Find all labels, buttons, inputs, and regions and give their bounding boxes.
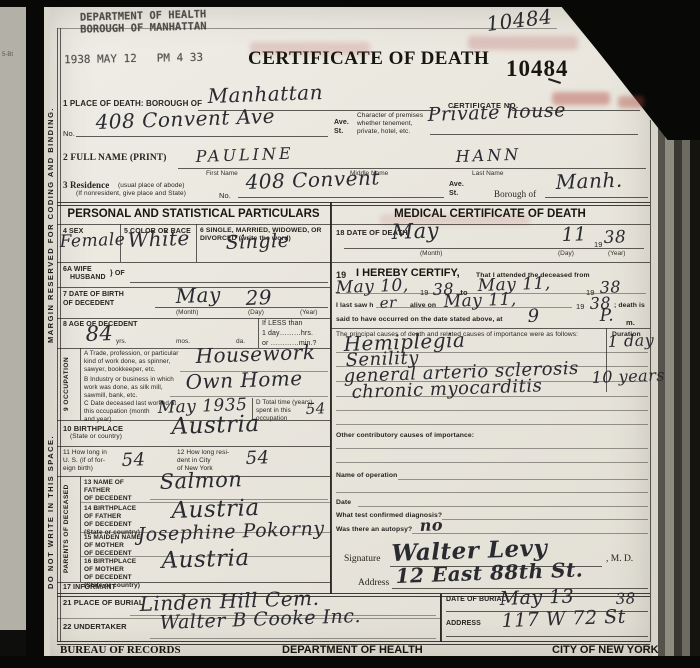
- age-yrs-caption: yrs.: [116, 338, 126, 345]
- medical-heading: MEDICAL CERTIFICATE OF DEATH: [330, 208, 650, 220]
- dob-label: 7 DATE OF BIRTH OF DECEDENT: [63, 291, 124, 309]
- residence-no-label: No.: [219, 191, 231, 200]
- cause-3-duration: 10 years: [591, 365, 665, 387]
- occ-d-value: 54: [305, 399, 326, 418]
- last-name-caption: Last Name: [472, 170, 503, 177]
- section-divider-top: [57, 202, 650, 206]
- form-border-left: [57, 28, 58, 642]
- bleed-through-mark: [618, 96, 644, 108]
- row-line-11: [57, 582, 330, 583]
- nyc-years-value: 54: [245, 447, 270, 469]
- sex-value: Female: [59, 230, 125, 252]
- marital-value: Single: [225, 230, 290, 254]
- age-value: 84: [85, 321, 114, 346]
- last-saw-her: er: [379, 293, 397, 312]
- residence-note2: (If nonresident, give place and State): [76, 190, 186, 198]
- row-line-3: [57, 318, 330, 319]
- film-edge-mark: 5-Bt: [2, 52, 13, 58]
- occupation-side-divider: [80, 348, 81, 420]
- parents-side-divider: [80, 476, 81, 582]
- cert-number-printed: 10484: [506, 56, 569, 82]
- birthplace-note: (State or country): [70, 433, 122, 441]
- birthplace-label: 10 BIRTHPLACE: [63, 424, 123, 433]
- film-black-band-left: [26, 0, 44, 668]
- age-mos-caption: mos.: [176, 338, 190, 345]
- death-m-label: m.: [626, 318, 635, 327]
- certify-row-line: [330, 328, 650, 329]
- op-date-label: Date: [336, 499, 351, 507]
- dob-day-caption: (Day): [248, 309, 264, 316]
- operation-label: Name of operation: [336, 472, 397, 480]
- dod-day-value: 11: [561, 223, 587, 246]
- occurred-label: said to have occurred on the date stated…: [336, 316, 503, 324]
- cell-divider-race-marital: [196, 224, 197, 262]
- age-less-line2: 1 day………hrs.: [262, 330, 313, 339]
- residence-borough-value: Manh.: [555, 168, 623, 194]
- row-line-6: [57, 446, 330, 447]
- parents-side-label: PARENTS OF DECEASED: [63, 480, 75, 578]
- occ-a-value: Housework: [195, 340, 316, 368]
- occ-b-value: Own Home: [185, 366, 303, 394]
- residence-value: 408 Convent: [245, 165, 380, 194]
- residence-borough-line: [545, 197, 648, 198]
- department-stamp: DEPARTMENT OF HEALTH BOROUGH OF MANHATTA…: [80, 8, 207, 35]
- first-name-caption: First Name: [206, 170, 238, 177]
- premises-label: Character of premises whether tenement, …: [357, 112, 423, 136]
- dod-row-line: [330, 262, 650, 263]
- informant-label: 17 INFORMANT: [63, 584, 116, 593]
- residence-note1: (usual place of abode): [118, 182, 185, 190]
- undertaker-address-value: 117 W 72 St: [501, 606, 626, 632]
- father-name-value: Salmon: [159, 467, 243, 494]
- operation-line-2: [336, 492, 648, 493]
- footer-city: CITY OF NEW YORK: [552, 644, 659, 656]
- last-name-value: HANN: [455, 145, 521, 166]
- footer-department: DEPARTMENT OF HEALTH: [282, 644, 423, 656]
- signature-label: Signature: [344, 554, 380, 564]
- film-bottom-bar: [0, 656, 700, 668]
- burial-date-value: May 13: [499, 585, 574, 610]
- received-date-stamp: 1938 MAY 12 PM 4 33: [64, 51, 203, 66]
- autopsy-label: Was there an autopsy?: [336, 526, 412, 534]
- dod-month-caption: (Month): [420, 250, 442, 257]
- cause-line-5: [336, 410, 648, 411]
- burial-place-label: 21 PLACE OF BURIAL: [63, 598, 144, 607]
- occ-b-label: B Industry or business in which work was…: [84, 376, 174, 400]
- ave-st-label: Ave. St.: [334, 119, 349, 137]
- dod-month-value: May: [391, 218, 439, 244]
- dod-year-caption: (Year): [608, 250, 625, 257]
- attended-from-value: May 10,: [335, 275, 409, 298]
- occupation-side-label: 9 OCCUPATION: [63, 350, 75, 418]
- undertaker-label: 22 UNDERTAKER: [63, 622, 127, 631]
- burial-date-label: DATE OF BURIAL: [446, 596, 506, 605]
- occ-a-label: A Trade, profession, or particular kind …: [84, 350, 178, 374]
- dob-line: [155, 307, 328, 308]
- mother-name-label: 15 MAIDEN NAME OF MOTHER OF DECEDENT: [84, 534, 141, 558]
- dob-year-caption: (Year): [300, 309, 317, 316]
- us-years-label: 11 How long in U. S. (if of for- eign bi…: [63, 449, 107, 473]
- spouse-of-label: } OF: [110, 270, 125, 279]
- us-years-value: 54: [121, 449, 146, 471]
- dod-line: [344, 248, 644, 249]
- death-hour-value: 9: [527, 306, 540, 327]
- undertaker-line: [150, 638, 436, 639]
- street-no-label: No.: [63, 129, 75, 138]
- footer-bureau: BUREAU OF RECORDS: [60, 644, 181, 656]
- death-is-label: ; death is: [614, 302, 645, 310]
- residence-ave-st-label: Ave. St.: [449, 181, 464, 199]
- row-line-1: [57, 262, 330, 263]
- signature-md-label: , M. D.: [606, 554, 633, 564]
- father-name-label: 13 NAME OF FATHER OF DECEDENT: [84, 479, 132, 503]
- contributory-line-2: [336, 462, 648, 463]
- operation-line: [398, 479, 648, 480]
- contributory-label: Other contributory causes of importance:: [336, 432, 474, 440]
- certify-line-2: [376, 307, 572, 308]
- street-line: [76, 136, 328, 137]
- full-name-label: 2 FULL NAME (PRINT): [63, 153, 167, 165]
- first-name-value: PAULINE: [195, 144, 294, 166]
- age-less-line1: If LESS than: [262, 320, 303, 329]
- birthplace-value: Austria: [171, 411, 260, 440]
- dod-day-caption: (Day): [558, 250, 574, 257]
- dod-year-value: 38: [603, 227, 626, 248]
- microfilm-scan: 5-Bt MARGIN RESERVED FOR CODING AND BIND…: [0, 0, 700, 668]
- address-label: Address: [358, 578, 389, 588]
- contributory-line-1: [336, 448, 648, 449]
- dob-month-value: May: [175, 282, 221, 308]
- mother-bp-value: Austria: [161, 545, 250, 574]
- cause-line-6: [336, 424, 648, 425]
- certificate-title: CERTIFICATE OF DEATH: [248, 48, 489, 70]
- column-divider: [330, 202, 332, 594]
- undertaker-address-line: [446, 636, 648, 637]
- undertaker-address-label: ADDRESS: [446, 620, 481, 629]
- death-pm-value: P.: [599, 306, 614, 326]
- cell-divider-sex-race: [120, 224, 121, 262]
- residence-line: [238, 197, 444, 198]
- premises-line: [430, 134, 638, 135]
- last-saw-date-value: May 11,: [443, 289, 517, 312]
- cause-line-4: [336, 396, 648, 397]
- op-date-line: [358, 506, 648, 507]
- race-value: White: [127, 226, 190, 252]
- residence-borough-label: Borough of: [494, 189, 536, 200]
- form-border-left-inner: [60, 28, 61, 642]
- test-line: [442, 519, 648, 520]
- burial-divider: [440, 594, 442, 642]
- spouse-label-husband: HUSBAND: [70, 274, 106, 283]
- autopsy-line: [412, 533, 648, 534]
- dob-month-caption: (Month): [176, 309, 198, 316]
- film-left-strip: [0, 0, 26, 630]
- last-saw-label: I last saw h: [336, 302, 373, 310]
- spouse-line: [130, 282, 328, 283]
- cause-1-duration: 1 day: [607, 330, 654, 351]
- saw-year-prefix: 19: [576, 302, 585, 311]
- personal-heading: PERSONAL AND STATISTICAL PARTICULARS: [57, 208, 330, 220]
